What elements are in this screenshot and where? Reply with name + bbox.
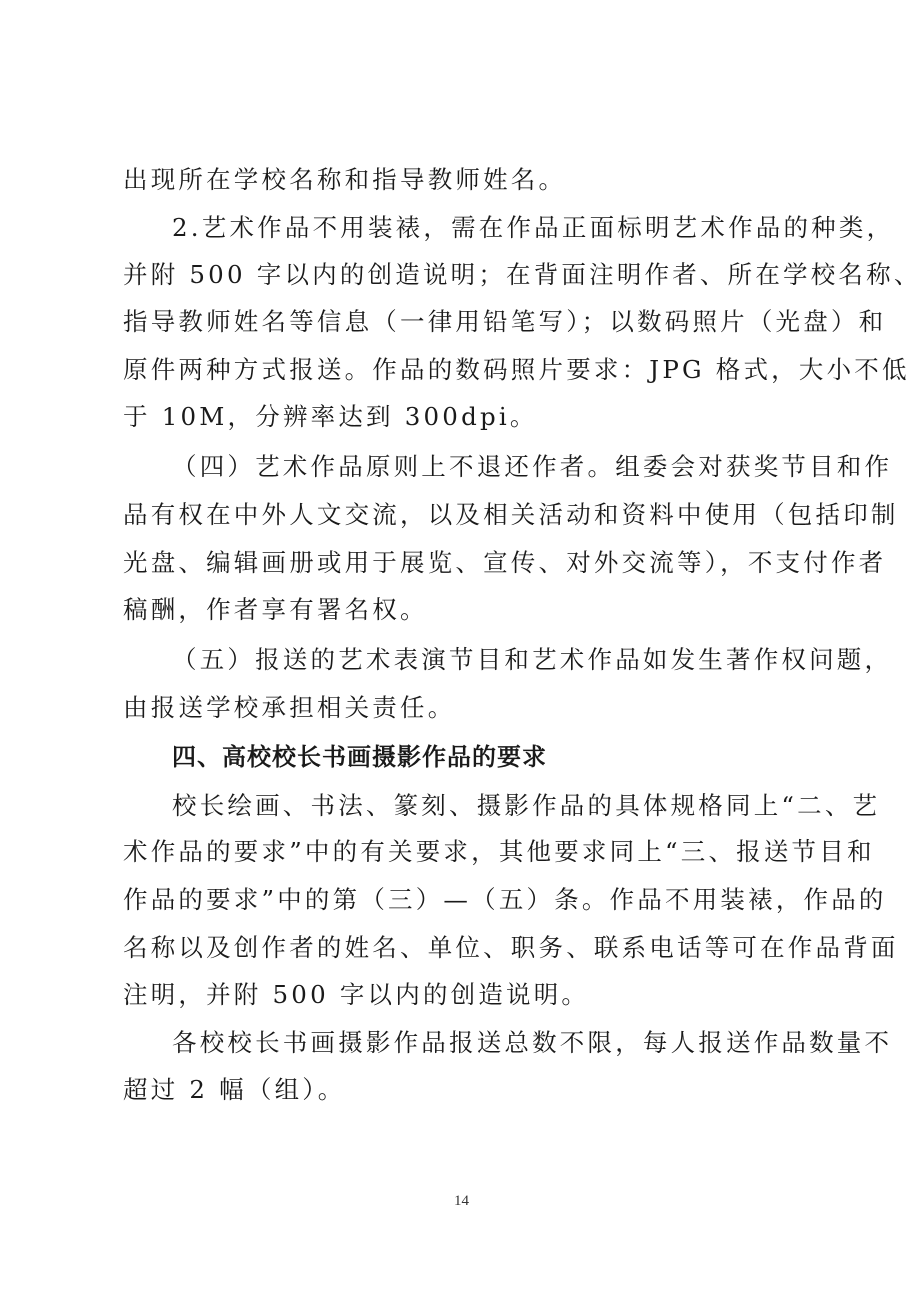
paragraph-line: 指导教师姓名等信息（一律用铅笔写）；以数码照片（光盘）和 xyxy=(123,307,813,337)
paragraph-line: 超过 2 幅（组）。 xyxy=(123,1075,813,1105)
paragraph-line: 2.艺术作品不用装裱，需在作品正面标明艺术作品的种类， xyxy=(172,213,813,243)
paragraph-line: 品有权在中外人文交流，以及相关活动和资料中使用（包括印制 xyxy=(123,500,813,530)
document-page: 出现所在学校名称和指导教师姓名。 2.艺术作品不用装裱，需在作品正面标明艺术作品… xyxy=(0,0,923,1305)
paragraph-line: 校长绘画、书法、篆刻、摄影作品的具体规格同上“二、艺 xyxy=(172,791,813,821)
paragraph-line: 由报送学校承担相关责任。 xyxy=(123,693,813,723)
paragraph-line: 原件两种方式报送。作品的数码照片要求：JPG 格式，大小不低 xyxy=(123,355,813,385)
paragraph-line: 并附 500 字以内的创造说明；在背面注明作者、所在学校名称、 xyxy=(123,260,813,290)
paragraph-line: 于 10M，分辨率达到 300dpi。 xyxy=(123,402,813,432)
paragraph-line: （五）报送的艺术表演节目和艺术作品如发生著作权问题， xyxy=(172,645,813,675)
paragraph-line: 注明，并附 500 字以内的创造说明。 xyxy=(123,980,813,1010)
paragraph-line: 作品的要求”中的第（三）—（五）条。作品不用装裱，作品的 xyxy=(123,885,813,915)
paragraph-line: 稿酬，作者享有署名权。 xyxy=(123,595,813,625)
paragraph-line: 光盘、编辑画册或用于展览、宣传、对外交流等），不支付作者 xyxy=(123,548,813,578)
paragraph-line: 出现所在学校名称和指导教师姓名。 xyxy=(123,165,813,195)
section-heading: 四、高校校长书画摄影作品的要求 xyxy=(172,742,813,772)
paragraph-line: （四）艺术作品原则上不退还作者。组委会对获奖节目和作 xyxy=(172,452,813,482)
paragraph-line: 各校校长书画摄影作品报送总数不限，每人报送作品数量不 xyxy=(172,1028,813,1058)
paragraph-line: 术作品的要求”中的有关要求，其他要求同上“三、报送节目和 xyxy=(123,837,813,867)
paragraph-line: 名称以及创作者的姓名、单位、职务、联系电话等可在作品背面 xyxy=(123,933,813,963)
page-number: 14 xyxy=(0,1193,923,1210)
